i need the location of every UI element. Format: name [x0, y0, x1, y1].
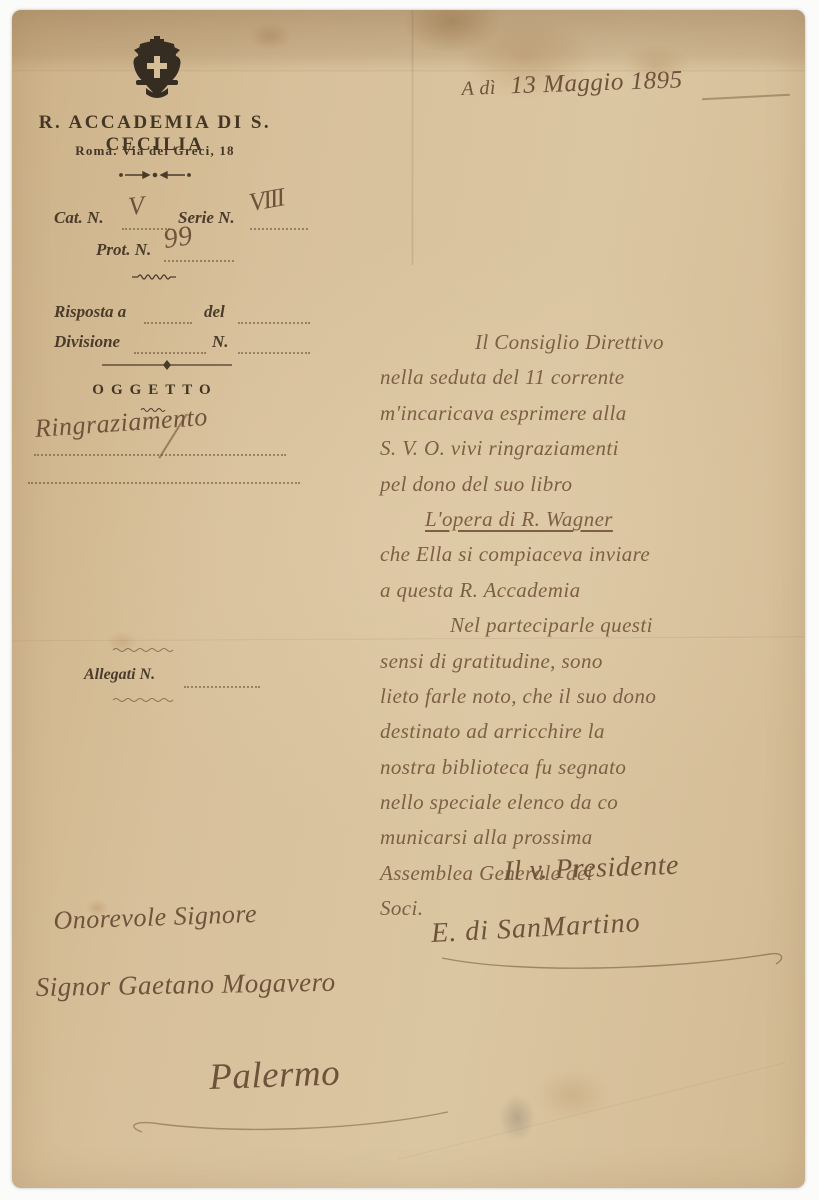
- bottom-diagonal-crease: [398, 1062, 787, 1161]
- n-label: N.: [212, 332, 229, 352]
- cat-value: V: [127, 190, 146, 222]
- body-line: Il Consiglio Direttivo: [380, 330, 800, 365]
- divisione-label: Divisione: [54, 332, 120, 352]
- body-line: nello speciale elenco da co: [380, 790, 800, 825]
- recipient-name: Signor Gaetano Mogavero: [35, 967, 335, 1003]
- risposta-blank-line: [144, 302, 192, 324]
- city-flourish-icon: [120, 1108, 450, 1138]
- divisione-blank-line: [134, 332, 206, 354]
- body-line: pel dono del suo libro: [380, 472, 800, 507]
- body-line: che Ella si compiaceva inviare: [380, 542, 800, 577]
- letter-paper: R. ACCADEMIA DI S. CECILIA Roma. Via dei…: [12, 10, 805, 1188]
- body-line: nostra biblioteca fu segnato: [380, 755, 800, 790]
- academy-crest-icon: [130, 36, 184, 100]
- body-line: lieto farle noto, che il suo dono: [380, 684, 800, 719]
- signature-flourish-icon: [440, 948, 790, 974]
- oggetto-blank-line-2: [28, 462, 300, 484]
- del-label: del: [204, 302, 225, 322]
- body-line: nella seduta del 11 corrente: [380, 365, 800, 400]
- letter-body: Il Consiglio Direttivo nella seduta del …: [380, 330, 800, 932]
- date-flourish-stroke: [702, 94, 790, 101]
- squiggle-divider-icon: [130, 272, 188, 282]
- body-line-underlined: L'opera di R. Wagner: [425, 507, 613, 531]
- prot-value: 99: [162, 220, 195, 256]
- oggetto-label: OGGETTO: [30, 382, 280, 399]
- risposta-label: Risposta a: [54, 302, 126, 322]
- n-blank-line: [238, 332, 310, 354]
- vertical-fold-crease: [411, 10, 414, 265]
- academy-address: Roma. Via dei Greci, 18: [30, 143, 280, 159]
- recipient-city: Palermo: [208, 1051, 340, 1099]
- del-blank-line: [238, 302, 310, 324]
- cat-label: Cat. N.: [54, 208, 104, 228]
- allegati-wave-top-icon: [112, 646, 174, 654]
- body-line: destinato ad arricchire la: [380, 719, 800, 754]
- body-line: Nel parteciparle questi: [380, 613, 800, 648]
- date-value: 13 Maggio 1895: [510, 66, 683, 99]
- body-line: m'incaricava esprimere alla: [380, 401, 800, 436]
- prot-label: Prot. N.: [96, 240, 151, 260]
- body-line: a questa R. Accademia: [380, 578, 800, 613]
- serie-value: VIII: [247, 183, 286, 218]
- body-line: sensi di gratitudine, sono: [380, 649, 800, 684]
- date-prefix: A dì: [461, 77, 496, 100]
- body-line: S. V. O. vivi ringraziamenti: [380, 436, 800, 471]
- allegati-blank-line: [184, 666, 260, 688]
- recipient-salutation: Onorevole Signore: [53, 899, 258, 936]
- arrow-diamond-divider-icon: [118, 170, 192, 180]
- diamond-rule-divider-icon: [102, 360, 232, 370]
- allegati-label: Allegati N.: [84, 666, 155, 684]
- allegati-wave-bottom-icon: [112, 696, 174, 704]
